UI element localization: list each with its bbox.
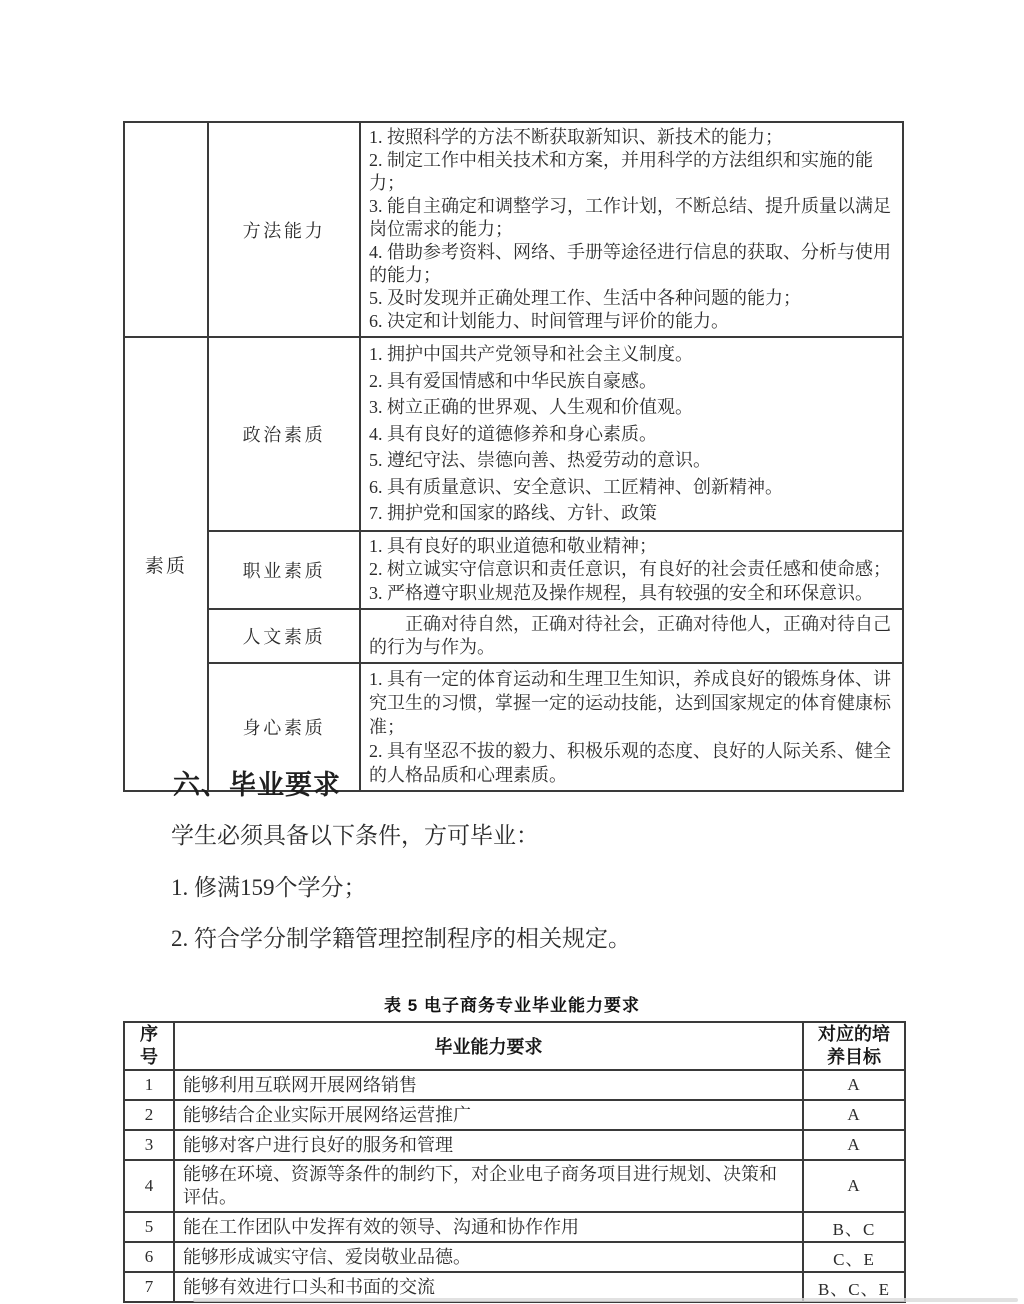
section-intro: 学生必须具备以下条件，方可毕业： bbox=[171, 817, 539, 850]
row-requirement: 能在工作团队中发挥有效的领导、沟通和协作作用 bbox=[174, 1212, 803, 1242]
section-heading: 六、毕业要求 bbox=[173, 763, 341, 802]
content-item: 2. 树立诚实守信意识和责任意识，有良好的社会责任感和使命感； bbox=[369, 558, 894, 582]
row-no: 5 bbox=[124, 1212, 174, 1242]
row-content-professional: 1. 具有良好的职业道德和敬业精神； 2. 树立诚实守信意识和责任意识，有良好的… bbox=[360, 531, 903, 610]
column-header-no: 序号 bbox=[124, 1022, 174, 1070]
row-target: A bbox=[803, 1130, 905, 1160]
column-header-target: 对应的培养目标 bbox=[803, 1022, 905, 1070]
content-item: 1. 具有一定的体育运动和生理卫生知识，养成良好的锻炼身体、讲究卫生的习惯，掌握… bbox=[369, 667, 894, 739]
competency-table: 方法能力 1. 按照科学的方法不断获取新知识、新技术的能力； 2. 制定工作中相… bbox=[123, 121, 904, 792]
row-label-humanistic: 人文素质 bbox=[208, 609, 360, 663]
row-requirement: 能够结合企业实际开展网络运营推广 bbox=[174, 1100, 803, 1130]
scan-artifact bbox=[193, 1298, 1018, 1302]
table-row: 5 能在工作团队中发挥有效的领导、沟通和协作作用 B、C bbox=[124, 1212, 905, 1242]
graduation-ability-table: 序号 毕业能力要求 对应的培养目标 1 能够利用互联网开展网络销售 A 2 能够… bbox=[123, 1021, 906, 1303]
content-item: 2. 具有坚忍不拔的毅力、积极乐观的态度、良好的人际关系、健全的人格品质和心理素… bbox=[369, 739, 894, 787]
row-requirement: 能够对客户进行良好的服务和管理 bbox=[174, 1130, 803, 1160]
row-target: A bbox=[803, 1100, 905, 1130]
row-no: 7 bbox=[124, 1272, 174, 1302]
content-item: 6. 具有质量意识、安全意识、工匠精神、创新精神。 bbox=[369, 474, 894, 501]
row-no: 3 bbox=[124, 1130, 174, 1160]
content-item: 7. 拥护党和国家的路线、方针、政策 bbox=[369, 500, 894, 527]
column-header-target-text: 对应的培养目标 bbox=[812, 1023, 896, 1069]
row-content-method: 1. 按照科学的方法不断获取新知识、新技术的能力； 2. 制定工作中相关技术和方… bbox=[360, 122, 903, 337]
row-no: 4 bbox=[124, 1160, 174, 1212]
section-item: 2. 符合学分制学籍管理控制程序的相关规定。 bbox=[171, 920, 631, 953]
content-item: 正确对待自然，正确对待社会，正确对待他人，正确对待自己的行为与作为。 bbox=[369, 613, 894, 659]
content-item: 2. 具有爱国情感和中华民族自豪感。 bbox=[369, 368, 894, 395]
category-cell-quality: 素质 bbox=[124, 337, 208, 791]
row-content-physical-mental: 1. 具有一定的体育运动和生理卫生知识，养成良好的锻炼身体、讲究卫生的习惯，掌握… bbox=[360, 663, 903, 791]
content-item: 4. 具有良好的道德修养和身心素质。 bbox=[369, 421, 894, 448]
content-item: 1. 按照科学的方法不断获取新知识、新技术的能力； bbox=[369, 126, 894, 149]
row-no: 6 bbox=[124, 1242, 174, 1272]
content-item: 1. 具有良好的职业道德和敬业精神； bbox=[369, 535, 894, 559]
table-row: 1 能够利用互联网开展网络销售 A bbox=[124, 1070, 905, 1100]
row-target: B、C bbox=[803, 1212, 905, 1242]
column-header-no-text: 序号 bbox=[138, 1023, 160, 1069]
table5-caption: 表 5 电子商务专业毕业能力要求 bbox=[0, 991, 1024, 1016]
table-row: 6 能够形成诚实守信、爱岗敬业品德。 C、E bbox=[124, 1242, 905, 1272]
row-requirement: 能够在环境、资源等条件的制约下，对企业电子商务项目进行规划、决策和评估。 bbox=[174, 1160, 803, 1212]
table-row: 2 能够结合企业实际开展网络运营推广 A bbox=[124, 1100, 905, 1130]
content-item: 1. 拥护中国共产党领导和社会主义制度。 bbox=[369, 341, 894, 368]
content-item: 5. 遵纪守法、崇德向善、热爱劳动的意识。 bbox=[369, 447, 894, 474]
row-target: A bbox=[803, 1160, 905, 1212]
content-item: 2. 制定工作中相关技术和方案，并用科学的方法组织和实施的能力； bbox=[369, 149, 894, 195]
row-no: 1 bbox=[124, 1070, 174, 1100]
table-row: 4 能够在环境、资源等条件的制约下，对企业电子商务项目进行规划、决策和评估。 A bbox=[124, 1160, 905, 1212]
content-item: 3. 严格遵守职业规范及操作规程，具有较强的安全和环保意识。 bbox=[369, 582, 894, 606]
row-target: C、E bbox=[803, 1242, 905, 1272]
row-no: 2 bbox=[124, 1100, 174, 1130]
row-label-political: 政治素质 bbox=[208, 337, 360, 531]
table-row: 3 能够对客户进行良好的服务和管理 A bbox=[124, 1130, 905, 1160]
column-header-requirement: 毕业能力要求 bbox=[174, 1022, 803, 1070]
content-item: 5. 及时发现并正确处理工作、生活中各种问题的能力； bbox=[369, 287, 894, 310]
row-content-humanistic: 正确对待自然，正确对待社会，正确对待他人，正确对待自己的行为与作为。 bbox=[360, 609, 903, 663]
row-content-political: 1. 拥护中国共产党领导和社会主义制度。 2. 具有爱国情感和中华民族自豪感。 … bbox=[360, 337, 903, 531]
section-item: 1. 修满159个学分； bbox=[171, 869, 367, 902]
content-item: 6. 决定和计划能力、时间管理与评价的能力。 bbox=[369, 310, 894, 333]
content-item: 3. 树立正确的世界观、人生观和价值观。 bbox=[369, 394, 894, 421]
document-page: 方法能力 1. 按照科学的方法不断获取新知识、新技术的能力； 2. 制定工作中相… bbox=[0, 0, 1024, 1304]
content-item: 3. 能自主确定和调整学习，工作计划，不断总结、提升质量以满足岗位需求的能力； bbox=[369, 195, 894, 241]
row-requirement: 能够形成诚实守信、爱岗敬业品德。 bbox=[174, 1242, 803, 1272]
content-item: 4. 借助参考资料、网络、手册等途径进行信息的获取、分析与使用的能力； bbox=[369, 241, 894, 287]
row-requirement: 能够利用互联网开展网络销售 bbox=[174, 1070, 803, 1100]
category-cell-empty bbox=[124, 122, 208, 337]
row-target: A bbox=[803, 1070, 905, 1100]
row-label-professional: 职业素质 bbox=[208, 531, 360, 610]
row-label-method: 方法能力 bbox=[208, 122, 360, 337]
